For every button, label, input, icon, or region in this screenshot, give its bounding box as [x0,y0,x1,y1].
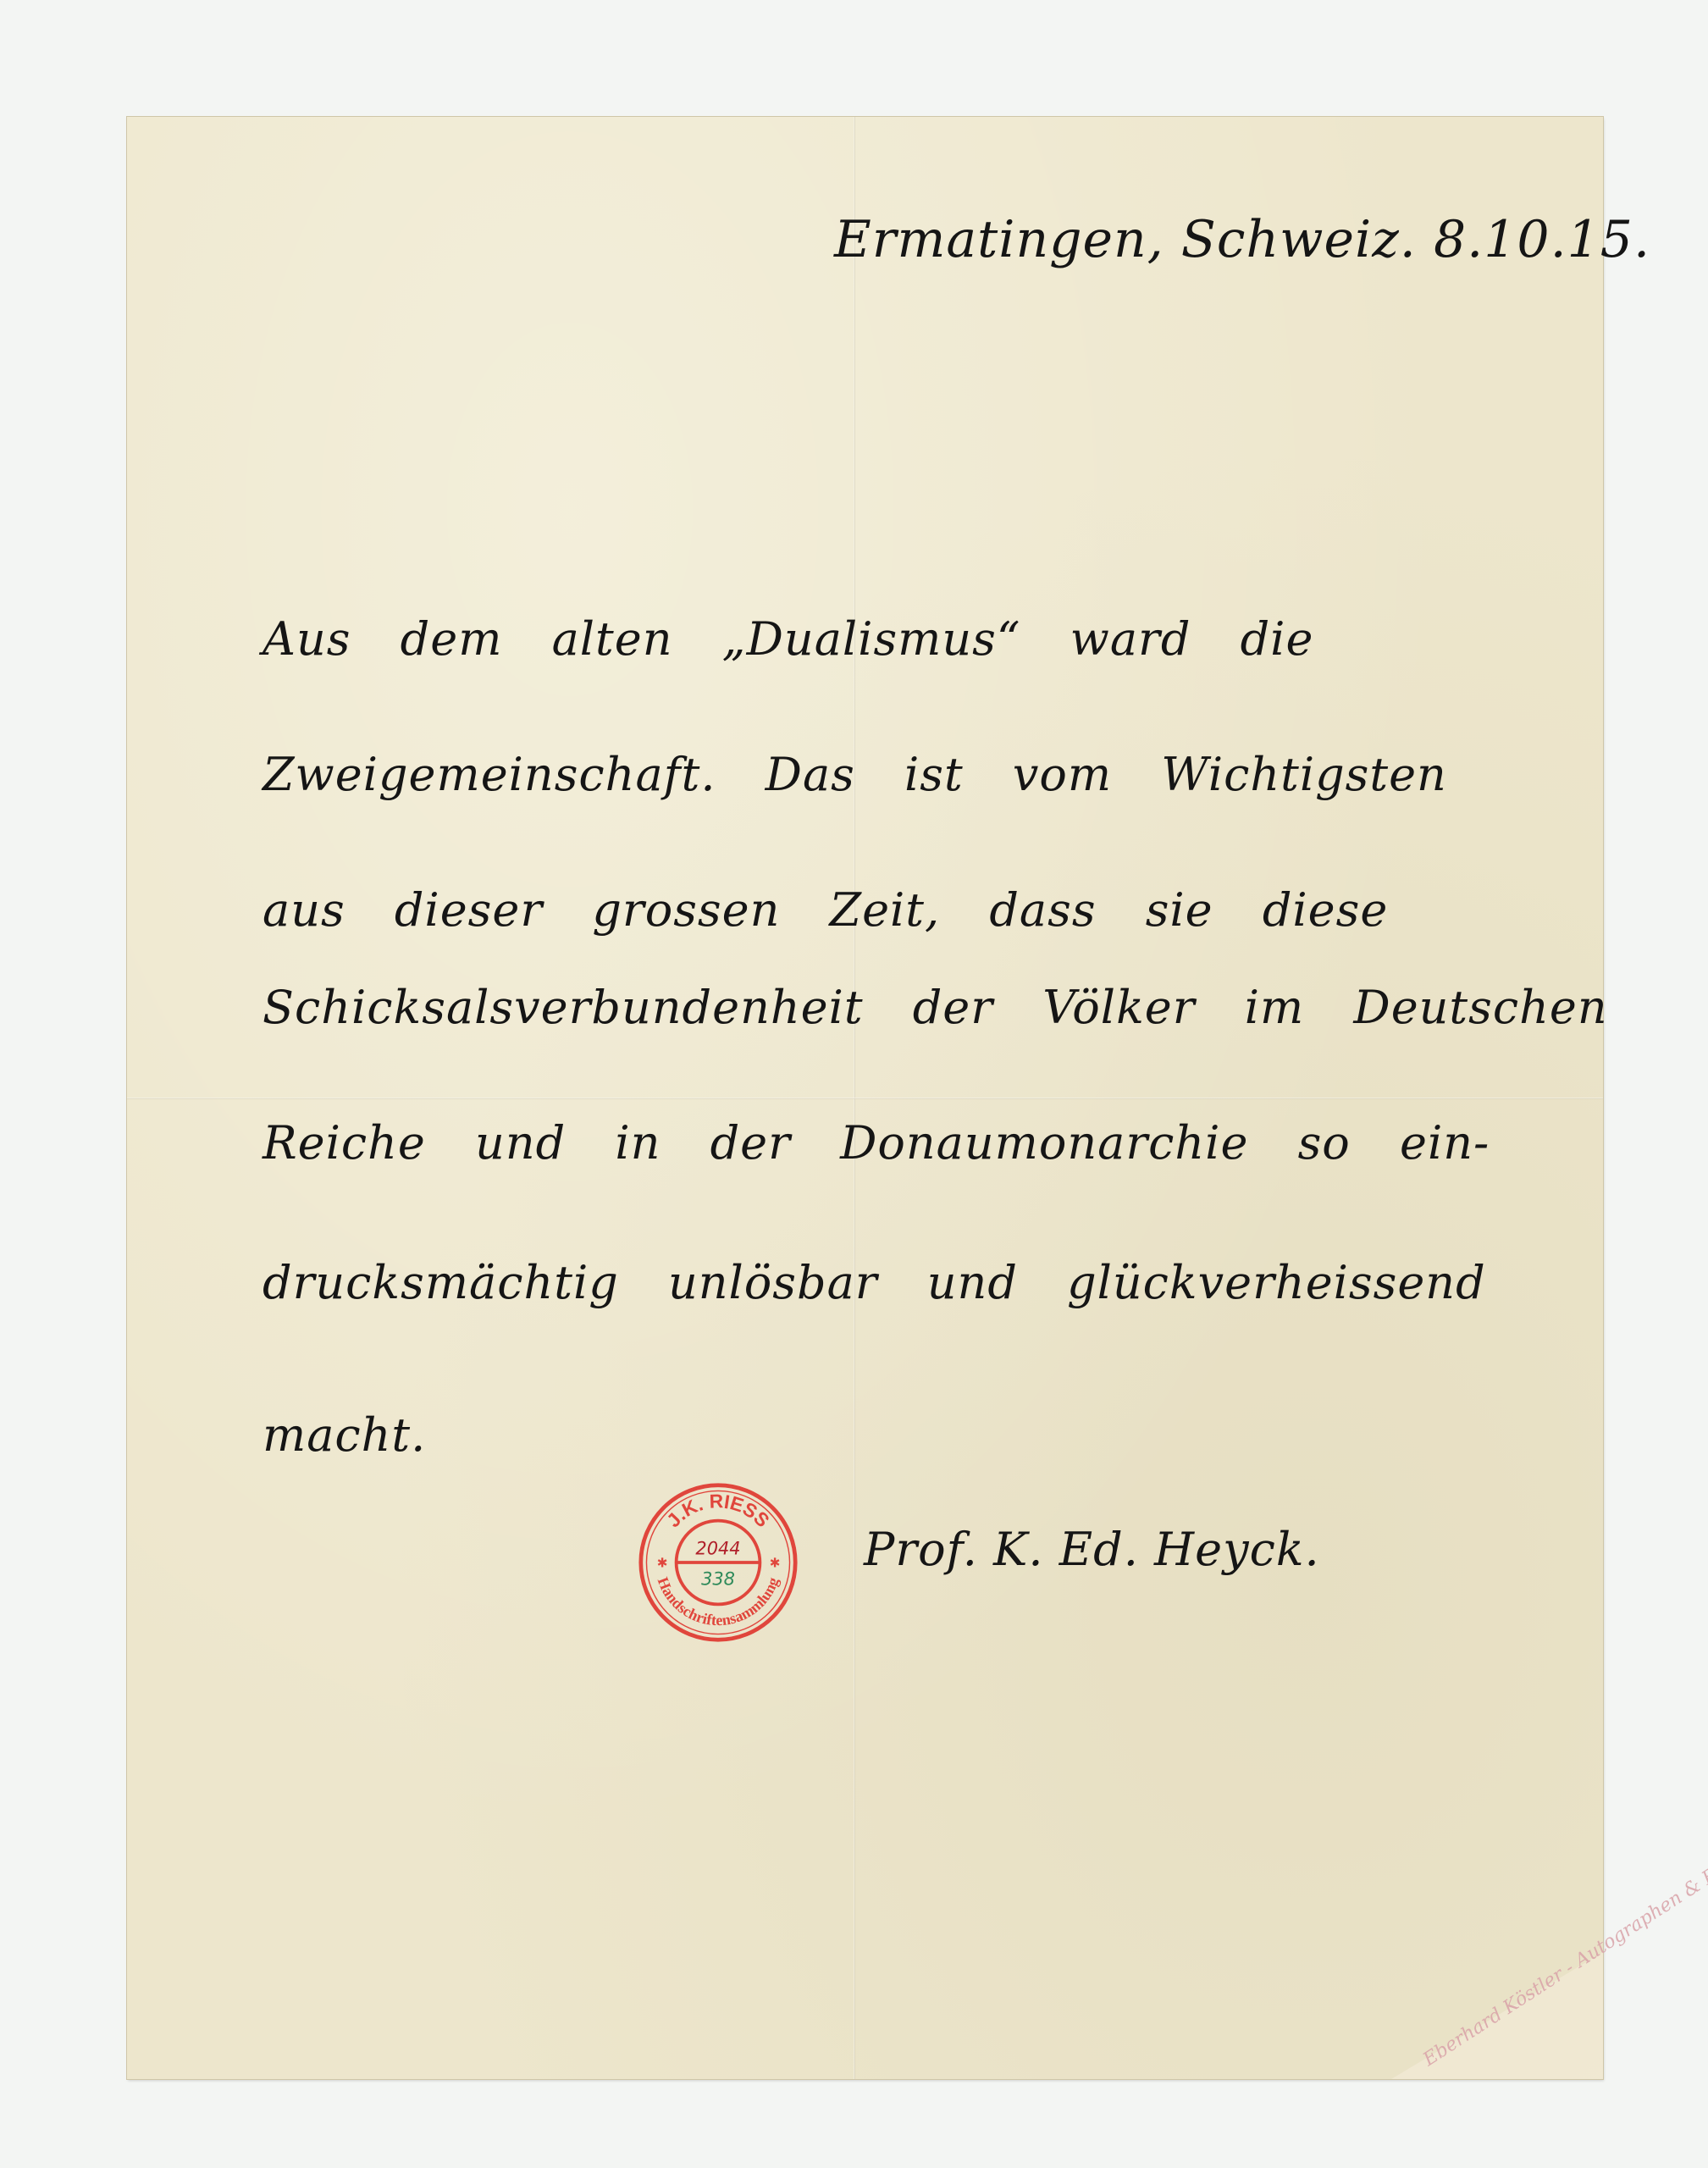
word: aus [263,883,345,937]
letter-header: Ermatingen, Schweiz. 8.10.15. [834,210,1650,269]
body-line-1: Aus dem alten „Dualismus“ ward die [263,612,1347,666]
word: alten [552,612,673,666]
word: Donaumonarchie [840,1116,1248,1170]
word: glückverheissend [1067,1256,1486,1309]
word: und [475,1116,566,1170]
word: „Dualismus“ [722,612,1021,666]
body-line-5: Reiche und in der Donaumonarchie so ein- [263,1116,1523,1170]
collection-stamp: J.K. RIESS Handschriftensammlung ✱ ✱ 204… [638,1482,799,1643]
word: und [927,1256,1018,1309]
word: Das [766,748,855,801]
word: so [1298,1116,1351,1170]
word: sie [1146,883,1213,937]
header-place: Ermatingen, Schweiz. [834,210,1417,269]
svg-text:✱: ✱ [657,1556,668,1571]
word: drucksmächtig [263,1256,619,1309]
letter-paper: Ermatingen, Schweiz. 8.10.15. Aus dem al… [127,117,1603,2079]
stamp-number-bottom: 338 [701,1569,735,1590]
word: Zeit, [830,883,941,937]
word: Schicksalsverbundenheit [263,981,864,1034]
word: Deutschen [1353,981,1607,1034]
word: dem [401,612,503,666]
word: der [913,981,993,1034]
word: unlösbar [668,1256,878,1309]
word: ein- [1400,1116,1490,1170]
word: Aus [263,612,351,666]
word: die [1241,612,1314,666]
body-line-4: Schicksalsverbundenheit der Völker im De… [263,981,1642,1034]
signature: Prof. K. Ed. Heyck. [864,1523,1320,1576]
word: Wichtigsten [1161,748,1447,801]
word: macht. [263,1408,426,1462]
svg-text:✱: ✱ [770,1556,781,1571]
word: dass [989,883,1096,937]
word: Völker [1042,981,1195,1034]
body-line-6: drucksmächtig unlösbar und glückverheiss… [263,1256,1520,1309]
word: ist [904,748,964,801]
body-line-3: aus dieser grossen Zeit, dass sie diese [263,883,1422,937]
body-line-2: Zweigemeinschaft. Das ist vom Wichtigste… [263,748,1481,801]
header-date: 8.10.15. [1434,210,1650,269]
body-line-7: macht. [263,1408,460,1462]
word: im [1245,981,1304,1034]
word: grossen [592,883,780,937]
word: Zweigemeinschaft. [263,748,716,801]
word: Reiche [263,1116,426,1170]
word: diese [1263,883,1388,937]
horizontal-fold-crease [127,1098,1603,1099]
word: dieser [395,883,543,937]
word: der [710,1116,791,1170]
word: ward [1070,612,1191,666]
word: vom [1013,748,1112,801]
word: in [615,1116,661,1170]
stamp-number-top: 2044 [695,1539,740,1559]
